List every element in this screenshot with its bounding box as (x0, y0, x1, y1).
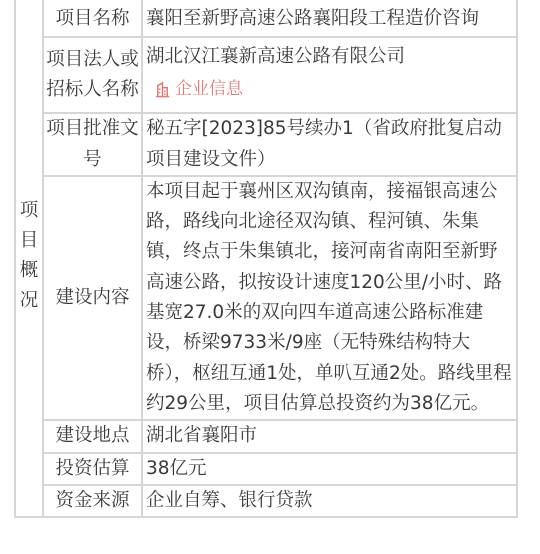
value-legal-entity-cell: 湖北汉江襄新高速公路有限公司 企业信息 (142, 37, 517, 113)
label-funding-source: 资金来源 (43, 485, 142, 517)
project-overview-table-container: 项 目 概 况 项目名称 襄阳至新野高速公路襄阳段工程造价咨询 项目法人或招标人… (14, 0, 516, 518)
label-construction-location: 建设地点 (43, 420, 142, 452)
section-title-char: 目 (17, 226, 41, 256)
table-row-approval-number: 项目批准文号 秘五字[2023]85号续办1（省政府批复启动项目建设文件） (15, 113, 517, 176)
enterprise-info-label: 企业信息 (175, 76, 243, 102)
label-construction-content: 建设内容 (43, 176, 142, 420)
label-project-name: 项目名称 (43, 0, 142, 37)
table-row-construction-location: 建设地点 湖北省襄阳市 (15, 420, 517, 452)
section-title-char: 概 (17, 256, 41, 286)
value-legal-entity: 湖北汉江襄新高速公路有限公司 (146, 42, 512, 72)
section-cell-project-overview: 项 目 概 况 (15, 0, 43, 517)
value-investment-estimate: 38亿元 (142, 453, 517, 485)
section-title-char: 项 (17, 196, 41, 226)
table-row-legal-entity: 项目法人或招标人名称 湖北汉江襄新高速公路有限公司 企业信息 (15, 37, 517, 113)
value-construction-content: 本项目起于襄州区双沟镇南，接福银高速公路，路线向北途径双沟镇、程河镇、朱集镇，终… (142, 176, 517, 420)
label-legal-entity: 项目法人或招标人名称 (43, 37, 142, 113)
label-approval-number: 项目批准文号 (43, 113, 142, 176)
table-row-investment-estimate: 投资估算 38亿元 (15, 453, 517, 485)
section-title: 项 目 概 况 (17, 196, 41, 316)
table-row-funding-source: 资金来源 企业自筹、银行贷款 (15, 485, 517, 517)
project-overview-table: 项 目 概 况 项目名称 襄阳至新野高速公路襄阳段工程造价咨询 项目法人或招标人… (14, 0, 518, 518)
table-row-construction-content: 建设内容 本项目起于襄州区双沟镇南，接福银高速公路，路线向北途径双沟镇、程河镇、… (15, 176, 517, 420)
section-title-char: 况 (17, 286, 41, 316)
label-investment-estimate: 投资估算 (43, 453, 142, 485)
value-approval-number: 秘五字[2023]85号续办1（省政府批复启动项目建设文件） (142, 113, 517, 176)
value-project-name: 襄阳至新野高速公路襄阳段工程造价咨询 (142, 0, 517, 37)
enterprise-info-link[interactable]: 企业信息 (154, 76, 243, 102)
value-construction-location: 湖北省襄阳市 (142, 420, 517, 452)
building-icon (154, 81, 171, 98)
value-funding-source: 企业自筹、银行贷款 (142, 485, 517, 517)
table-row-project-name: 项 目 概 况 项目名称 襄阳至新野高速公路襄阳段工程造价咨询 (15, 0, 517, 37)
